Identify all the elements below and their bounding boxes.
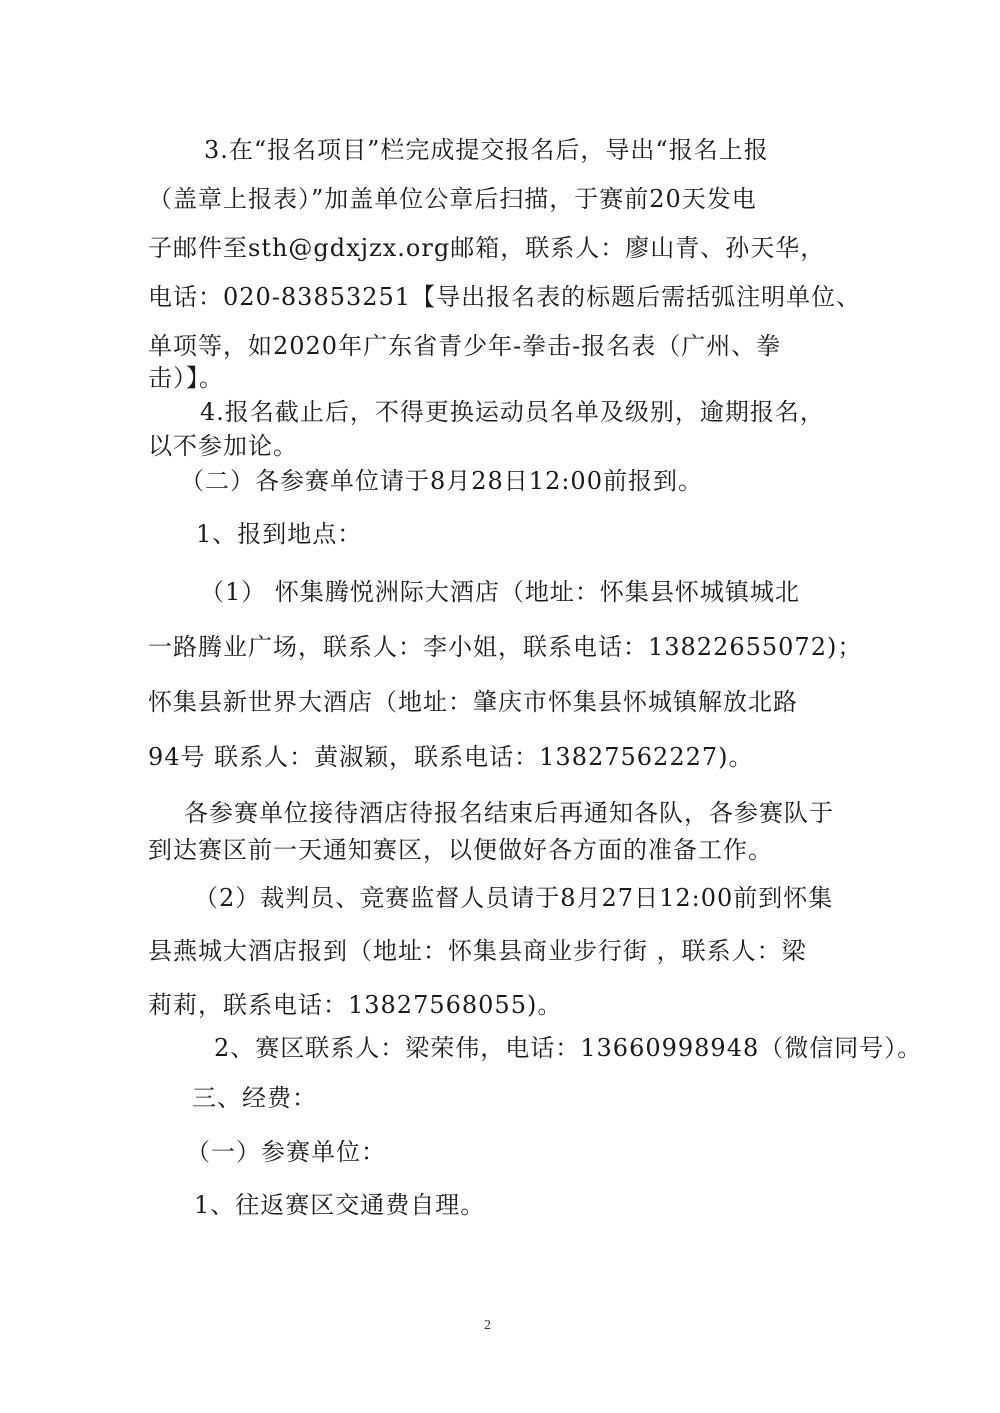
paragraph-line: 单项等，如2020年广东省青少年-拳击-报名表（广州、拳 <box>148 330 781 362</box>
paragraph-line: 县燕城大酒店报到（地址：怀集县商业步行街 ，联系人：梁 <box>148 935 807 967</box>
paragraph-line: （2）裁判员、竞赛监督人员请于8月27日12:00前到怀集 <box>194 882 833 914</box>
document-page: 3.在“报名项目”栏完成提交报名后，导出“报名上报 （盖章上报表）”加盖单位公章… <box>0 0 1000 1413</box>
paragraph-line: 击）】。 <box>148 362 224 394</box>
contact-line: 2、赛区联系人：梁荣伟，电话：13660998948（微信同号）。 <box>214 1032 922 1064</box>
paragraph-line: 一路腾业广场，联系人：李小姐，联系电话：13822655072)； <box>148 631 862 663</box>
paragraph-line: 电话：020-83853251【导出报名表的标题后需括弧注明单位、 <box>148 281 861 313</box>
paragraph-line: 各参赛单位接待酒店待报名结束后再通知各队，各参赛队于 <box>184 797 834 829</box>
section-heading-2: （二）各参赛单位请于8月28日12:00前报到。 <box>180 465 703 497</box>
paragraph-line: 1、往返赛区交通费自理。 <box>194 1189 485 1221</box>
paragraph-line: 4.报名截止后，不得更换运动员名单及级别，逾期报名， <box>200 396 825 428</box>
paragraph-line: 到达赛区前一天通知赛区，以便做好各方面的准备工作。 <box>148 834 773 866</box>
paragraph-line: 以不参加论。 <box>148 430 298 462</box>
page-number: 2 <box>484 1318 491 1334</box>
paragraph-line: 94号 联系人：黄淑颖，联系电话：13827562227)。 <box>148 741 754 773</box>
subheading-participants: （一）参赛单位： <box>186 1136 386 1168</box>
paragraph-line: 莉莉，联系电话：13827568055)。 <box>148 989 562 1021</box>
subheading-report-location: 1、报到地点： <box>196 518 362 550</box>
paragraph-line: （盖章上报表）”加盖单位公章后扫描，于赛前20天发电 <box>148 183 757 215</box>
paragraph-line: 3.在“报名项目”栏完成提交报名后，导出“报名上报 <box>204 134 769 166</box>
hotel-1-line: （1） 怀集腾悦洲际大酒店（地址：怀集县怀城镇城北 <box>200 576 800 608</box>
paragraph-line: 子邮件至sth@gdxjzx.org邮箱，联系人：廖山青、孙天华， <box>148 232 825 264</box>
section-heading-3: 三、经费： <box>192 1082 317 1114</box>
hotel-2-line: 怀集县新世界大酒店（地址：肇庆市怀集县怀城镇解放北路 <box>148 686 798 718</box>
